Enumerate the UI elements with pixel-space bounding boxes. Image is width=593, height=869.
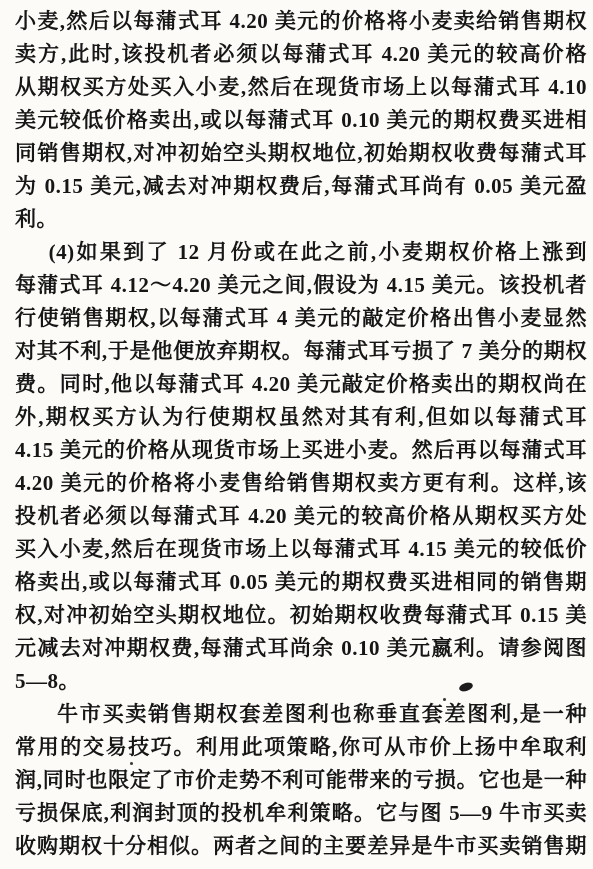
text-line: 格卖出,或以每蒲式耳 0.05 美元的期权费买进相同的销售期: [15, 566, 587, 599]
text-line: 买入小麦,然后在现货市场上以每蒲式耳 4.15 美元的较低价: [15, 533, 587, 566]
text-line: 投机者必须以每蒲式耳 4.20 美元的较高价格从期权买方处: [15, 500, 587, 533]
text-line: 亏损保底,利润封顶的投机牟利策略。它与图 5—9 牛市买卖: [15, 797, 587, 830]
text-line: 5—8。: [15, 665, 587, 698]
text-line: 为 0.15 美元,减去对冲期权费后,每蒲式耳尚有 0.05 美元盈: [15, 170, 587, 203]
text-line: 4.20 美元的价格将小麦售给销售期权卖方更有利。这样,该: [15, 467, 587, 500]
text-line: 润,同时也限定了市价走势不利可能带来的亏损。它也是一种: [15, 764, 587, 797]
text-line: 行使销售期权,以每蒲式耳 4 美元的敲定价格出售小麦显然: [15, 302, 587, 335]
text-line: 元减去对冲期权费,每蒲式耳尚余 0.10 美元嬴利。请参阅图: [15, 632, 587, 665]
text-line: 4.15 美元的价格从现货市场上买进小麦。然后再以每蒲式耳: [15, 434, 587, 467]
text-line: 卖方,此时,该投机者必须以每蒲式耳 4.20 美元的较高价格: [15, 38, 587, 71]
text-column: 小麦,然后以每蒲式耳 4.20 美元的价格将小麦卖给销售期权卖方,此时,该投机者…: [15, 5, 587, 863]
text-line: 常用的交易技巧。利用此项策略,你可从市价上扬中牟取利: [15, 731, 587, 764]
scanned-book-page: 小麦,然后以每蒲式耳 4.20 美元的价格将小麦卖给销售期权卖方,此时,该投机者…: [0, 0, 593, 869]
text-line: 美元较低价格卖出,或以每蒲式耳 0.10 美元的期权费买进相: [15, 104, 587, 137]
text-line: 外,期权买方认为行使期权虽然对其有利,但如以每蒲式耳: [15, 401, 587, 434]
text-line: 费。同时,他以每蒲式耳 4.20 美元敲定价格卖出的期权尚在: [15, 368, 587, 401]
text-line: 同销售期权,对冲初始空头期权地位,初始期权收费每蒲式耳: [15, 137, 587, 170]
text-line: 对其不利,于是他便放弃期权。每蒲式耳亏损了 7 美分的期权: [15, 335, 587, 368]
ink-speck: [130, 762, 133, 765]
text-line: 牛市买卖销售期权套差图利也称垂直套差图利,是一种: [15, 698, 587, 731]
text-line: 每蒲式耳 4.12～4.20 美元之间,假设为 4.15 美元。该投机者: [15, 269, 587, 302]
text-line: (4)如果到了 12 月份或在此之前,小麦期权价格上涨到: [15, 236, 587, 269]
text-line: 从期权买方处买入小麦,然后在现货市场上以每蒲式耳 4.10: [15, 71, 587, 104]
text-line: 权,对冲初始空头期权地位。初始期权收费每蒲式耳 0.15 美: [15, 599, 587, 632]
text-line: 收购期权十分相似。两者之间的主要差异是牛市买卖销售期: [15, 830, 587, 863]
text-line: 小麦,然后以每蒲式耳 4.20 美元的价格将小麦卖给销售期权: [15, 5, 587, 38]
text-line: 利。: [15, 203, 587, 236]
ink-speck: [443, 698, 446, 701]
